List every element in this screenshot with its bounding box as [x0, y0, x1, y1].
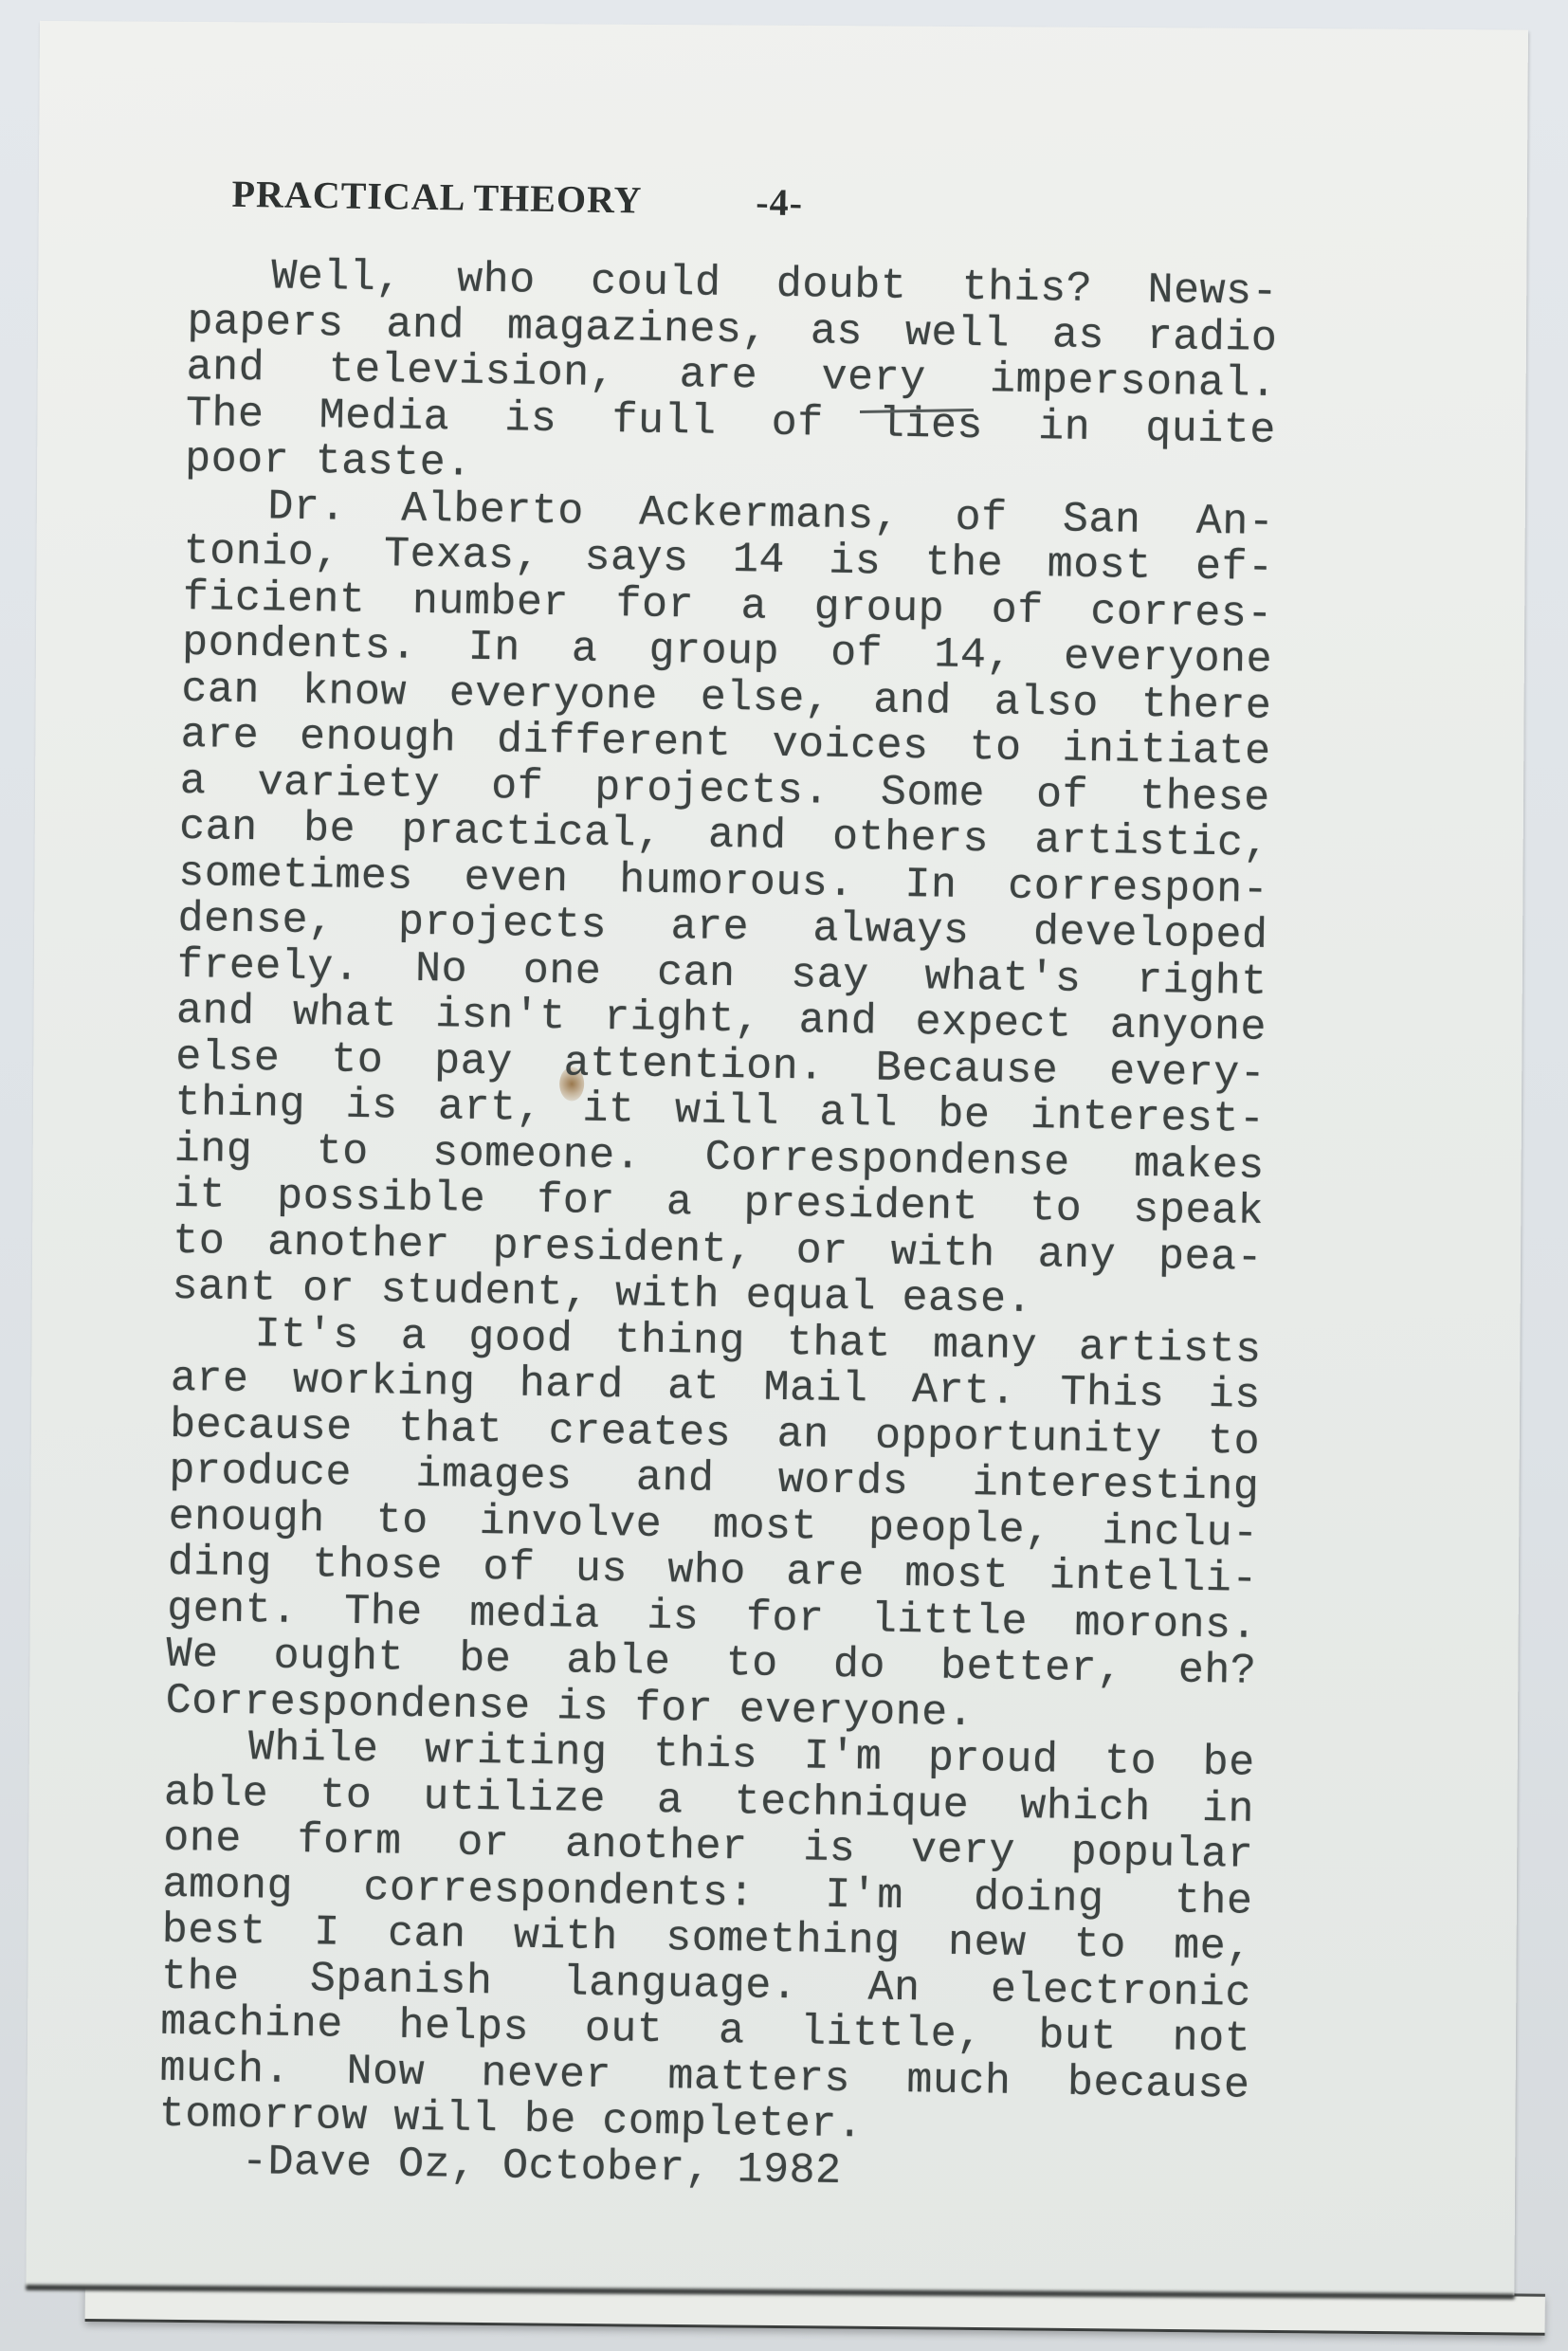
paragraph: It's a good thing that many artistsare w… — [165, 1310, 1262, 1741]
page-title: PRACTICAL THEORY — [231, 173, 642, 222]
body-text: Well, who could doubt this? News-papers … — [158, 253, 1278, 2155]
page-number: -4- — [756, 180, 803, 224]
page-content: PRACTICAL THEORY-4- Well, who could doub… — [158, 171, 1280, 2201]
paragraph: While writing this I'm proud to beable t… — [158, 1724, 1255, 2156]
paragraph: Well, who could doubt this? News-papers … — [185, 253, 1279, 501]
paragraph: Dr. Alberto Ackermans, of San An-tonio, … — [172, 483, 1275, 1327]
